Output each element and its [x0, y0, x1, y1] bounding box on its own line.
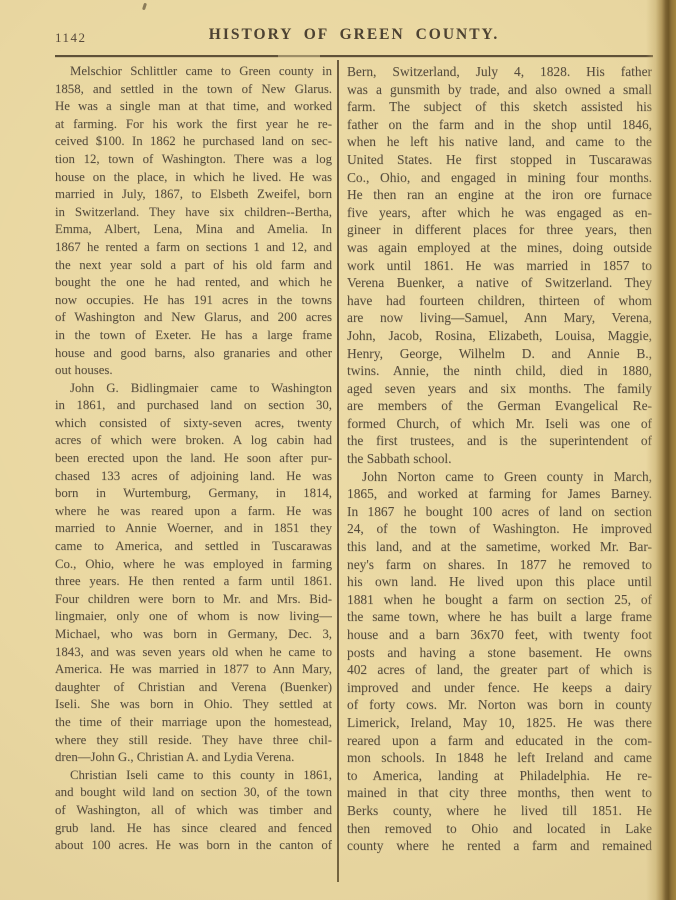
- text-line: born in Wurtemburg, Germany, in 1814,: [55, 485, 332, 503]
- text-line: his own land. He lived upon this place u…: [347, 573, 652, 591]
- text-line: reared upon a farm and educated in the c…: [347, 732, 652, 750]
- text-line: mon schools. In 1848 he left Ireland and…: [347, 749, 652, 767]
- text-line: He was a single man at that time, and wo…: [55, 98, 332, 116]
- text-line: the first trustees, and is the superinte…: [347, 432, 652, 450]
- text-line: then removed to Ohio and located in Lake: [347, 820, 652, 838]
- text-line: 1867 he rented a farm on sections 1 and …: [55, 239, 332, 257]
- text-line: to America, landing at Philadelphia. He …: [347, 767, 652, 785]
- text-line: ney's farm on shares. In 1877 he removed…: [347, 556, 652, 574]
- text-line: came to America, and settled in Tuscaraw…: [55, 538, 332, 556]
- text-line: 1865, and worked at farming for James Ba…: [347, 485, 652, 503]
- text-line: John, Jacob, Rosina, Elizabeth, Louisa, …: [347, 327, 652, 345]
- text-line: married in July, 1867, to Elsbeth Zweife…: [55, 186, 332, 204]
- text-line: Four children were born to Mr. and Mrs. …: [55, 591, 332, 609]
- text-line: of Washington and New Glarus, and 200 ac…: [55, 309, 332, 327]
- text-line: in the town of Exeter. He has a large fr…: [55, 327, 332, 345]
- page-header: 1142 HISTORY OF GREEN COUNTY.: [55, 26, 653, 52]
- text-line: about 100 acres. He was born in the cant…: [55, 837, 332, 855]
- right-column: Bern, Switzerland, July 4, 1828. His fat…: [347, 63, 652, 855]
- text-line: house and good barns, also granaries and…: [55, 345, 332, 363]
- text-line: of forty cows. Mr. Norton was born in co…: [347, 696, 652, 714]
- text-line: Co., Ohio, where he was employed in farm…: [55, 556, 332, 574]
- text-line: five years, after which he was engaged a…: [347, 204, 652, 222]
- header-rule-smudge: [278, 54, 320, 58]
- text-line: 1858, and settled in the town of New Gla…: [55, 81, 332, 99]
- text-line: been erected upon the land. He soon afte…: [55, 450, 332, 468]
- column-divider: [337, 60, 339, 882]
- text-line: Henry, George, Wilhelm D. and Annie B.,: [347, 345, 652, 363]
- text-line: are members of the German Evangelical Re…: [347, 397, 652, 415]
- text-line: county where he rented a farm and remain…: [347, 837, 652, 855]
- text-line: the Sabbath school.: [347, 450, 652, 468]
- text-line: Michael, who was born in Germany, Dec. 3…: [55, 626, 332, 644]
- page-title: HISTORY OF GREEN COUNTY.: [55, 26, 653, 44]
- book-page: 1142 HISTORY OF GREEN COUNTY. Melschior …: [0, 0, 676, 900]
- text-line: Iseli. She was born in Ohio. They settle…: [55, 696, 332, 714]
- text-line: the time of their marriage upon the home…: [55, 714, 332, 732]
- text-line: at farming. For his work the first year …: [55, 116, 332, 134]
- text-line: the same town, where he has built a larg…: [347, 608, 652, 626]
- text-line: where they still reside. They have three…: [55, 732, 332, 750]
- text-line: married to Annie Woerner, and in 1851 th…: [55, 520, 332, 538]
- text-line: have had fourteen children, thirteen of …: [347, 292, 652, 310]
- text-line: when he left his native land, and came t…: [347, 133, 652, 151]
- text-line: work until 1861. He was married in 1857 …: [347, 257, 652, 275]
- text-line: Melschior Schlittler came to Green count…: [55, 63, 332, 81]
- text-line: John Norton came to Green county in Marc…: [347, 468, 652, 486]
- text-line: house and a barn 36x70 feet, with twenty…: [347, 626, 652, 644]
- text-line: Bern, Switzerland, July 4, 1828. His fat…: [347, 63, 652, 81]
- text-line: formed Church, of which Mr. Iseli was on…: [347, 415, 652, 433]
- text-line: father on the farm and in the shop until…: [347, 116, 652, 134]
- text-line: 24, of the town of Washington. He improv…: [347, 520, 652, 538]
- text-line: improved and under fence. He keeps a dai…: [347, 679, 652, 697]
- text-line: He then ran an engine at the iron ore fu…: [347, 186, 652, 204]
- text-line: aged seven years and six months. The fam…: [347, 380, 652, 398]
- text-line: was again employed at the mines, doing o…: [347, 239, 652, 257]
- text-line: chased 133 acres of adjoining land. He w…: [55, 468, 332, 486]
- text-line: grub land. He has since cleared and fenc…: [55, 820, 332, 838]
- header-rule: [55, 55, 653, 57]
- text-line: 1881 when he bought a farm on section 25…: [347, 591, 652, 609]
- text-line: this land, and at the sametime, worked M…: [347, 538, 652, 556]
- text-line: in 1861, and purchased land on section 3…: [55, 397, 332, 415]
- text-line: Limerick, Ireland, May 10, 1825. He was …: [347, 714, 652, 732]
- text-line: in Switzerland. They have six children--…: [55, 204, 332, 222]
- text-line: daughter of Christian and Verena (Buenke…: [55, 679, 332, 697]
- text-line: lingmaier, only one of whom is now livin…: [55, 608, 332, 626]
- text-line: Emma, Albert, Lena, Mina and Amelia. In: [55, 221, 332, 239]
- text-line: ceived $100. In 1862 he purchased land o…: [55, 133, 332, 151]
- text-line: 1843, and was seven years old when he ca…: [55, 644, 332, 662]
- page-edge-shadow: [646, 0, 676, 900]
- text-line: the next year sold a part of his old far…: [55, 257, 332, 275]
- text-line: gineer in different places for three yea…: [347, 221, 652, 239]
- text-line: John G. Bidlingmaier came to Washington: [55, 380, 332, 398]
- left-column: Melschior Schlittler came to Green count…: [55, 63, 332, 855]
- text-line: where he was reared upon a farm. He was: [55, 503, 332, 521]
- text-line: United States. He first stopped in Tusca…: [347, 151, 652, 169]
- text-line: Co., Ohio, and engaged in mining four mo…: [347, 169, 652, 187]
- text-line: dren—John G., Christian A. and Lydia Ver…: [55, 749, 332, 767]
- text-line: acres of which were broken. A log cabin …: [55, 432, 332, 450]
- text-line: now occupies. He has 191 acres in the to…: [55, 292, 332, 310]
- text-line: which consisted of sixty-seven acres, tw…: [55, 415, 332, 433]
- text-line: farm. The subject of this sketch assiste…: [347, 98, 652, 116]
- text-line: of Washington, all of which was timber a…: [55, 802, 332, 820]
- text-line: posts and having a stone basement. He ow…: [347, 644, 652, 662]
- scan-speck: [142, 3, 147, 11]
- text-line: tion 12, town of Washington. There was a…: [55, 151, 332, 169]
- text-line: and bought wild land on section 30, of t…: [55, 784, 332, 802]
- text-line: three years. He then rented a farm until…: [55, 573, 332, 591]
- text-line: bought the one he had rented, and which …: [55, 274, 332, 292]
- text-line: 402 acres of land, the greater part of w…: [347, 661, 652, 679]
- text-line: mained in that city three months, then w…: [347, 784, 652, 802]
- text-line: twins. Annie, the ninth child, died in 1…: [347, 362, 652, 380]
- text-line: Verena Buenker, a native of Switzerland.…: [347, 274, 652, 292]
- text-line: America. He was married in 1877 to Ann M…: [55, 661, 332, 679]
- text-line: Berks county, where he lived till 1851. …: [347, 802, 652, 820]
- text-line: house on the place, in which he lived. H…: [55, 169, 332, 187]
- text-line: In 1867 he bought 100 acres of land on s…: [347, 503, 652, 521]
- text-line: was a gunsmith by trade, and also owned …: [347, 81, 652, 99]
- text-line: are now living—Samuel, Ann Mary, Verena,: [347, 309, 652, 327]
- text-line: Christian Iseli came to this county in 1…: [55, 767, 332, 785]
- text-line: out houses.: [55, 362, 332, 380]
